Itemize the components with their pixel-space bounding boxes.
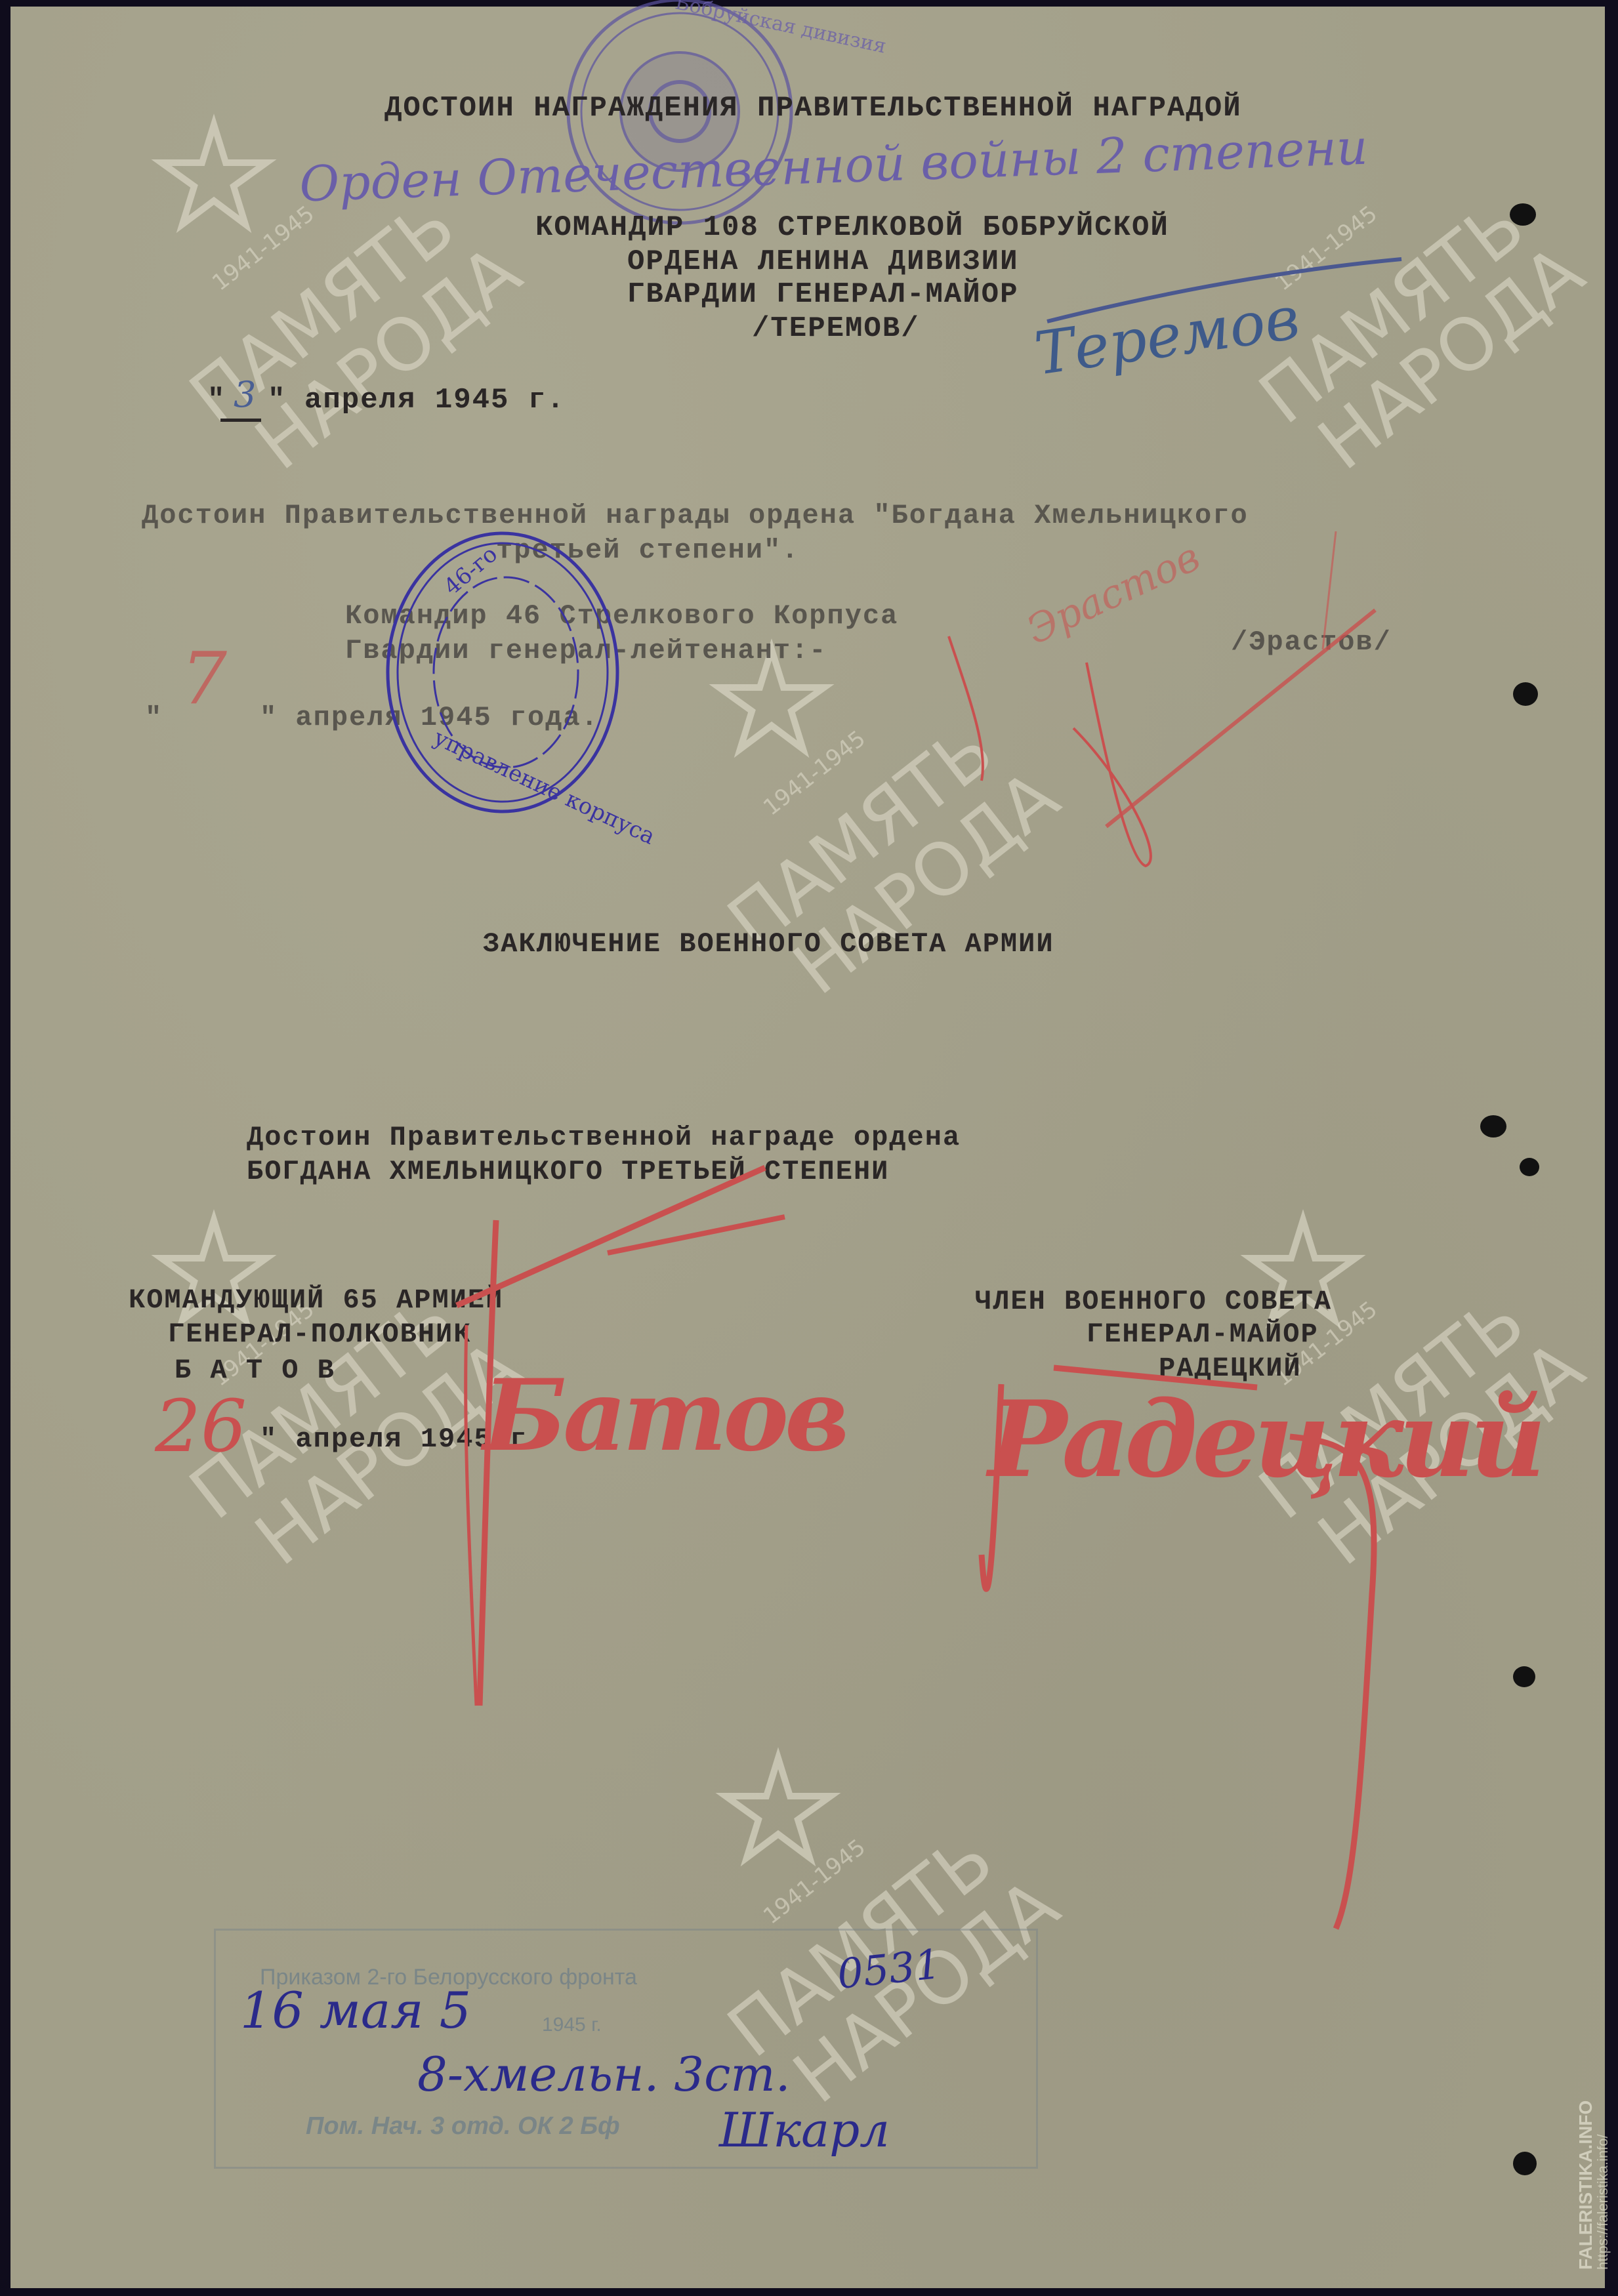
council-left-title1: КОМАНДУЮЩИЙ 65 АРМИЕЙ [129, 1284, 503, 1316]
header-date-day: 3 [234, 374, 256, 415]
punch-hole [1510, 203, 1536, 226]
corps-date-open: " [145, 702, 163, 733]
order-stamp-line3: Пом. Нач. 3 отд. ОК 2 Бф [306, 2112, 620, 2141]
side-url-text: https://faleristika.info/ [1594, 2134, 1611, 2270]
council-title: ЗАКЛЮЧЕНИЕ ВОЕННОГО СОВЕТА АРМИИ [483, 928, 1054, 960]
header-commander-line3: ГВАРДИИ ГЕНЕРАЛ-МАЙОР [627, 278, 1019, 311]
order-stamp-line2: 1945 г. [542, 2014, 602, 2036]
star-icon [726, 1758, 831, 1863]
header-date-open: " [207, 384, 226, 417]
corps-date-day: 7 [181, 636, 227, 720]
council-left-name: Б А Т О В [175, 1355, 335, 1386]
header-commander-name: /ТЕРЕМОВ/ [752, 312, 920, 345]
header-date-rest: апреля 1945 г. [304, 384, 566, 417]
star-icon [161, 125, 266, 230]
council-right-title1: ЧЛЕН ВОЕННОГО СОВЕТА [975, 1286, 1332, 1317]
council-right-title2: ГЕНЕРАЛ-МАЙОР [1087, 1319, 1319, 1350]
council-left-title2: ГЕНЕРАЛ-ПОЛКОВНИК [168, 1319, 471, 1350]
punch-hole [1513, 2152, 1537, 2175]
order-date: 16 мая 5 [240, 1981, 471, 2040]
signature-stroke [1047, 256, 1441, 348]
corps-line1: Достоин Правительственной награды ордена… [142, 500, 1249, 531]
radetsky-signature: Радецкий [988, 1378, 1541, 1501]
council-decision-line1: Достоин Правительственной награде ордена [247, 1122, 961, 1153]
punch-hole [1480, 1115, 1506, 1138]
batov-signature: Батов [483, 1358, 846, 1473]
punch-hole [1520, 1158, 1539, 1176]
council-left-date-day: 26 [155, 1384, 247, 1468]
header-commander-line1: КОМАНДИР 108 СТРЕЛКОВОЙ БОБРУЙСКОЙ [535, 211, 1169, 244]
handwritten-award: Орден Отечественной войны 2 степени [299, 119, 1369, 213]
header-date-close: " [268, 384, 286, 417]
side-brand-name: FALERISTIKA.INFO [1575, 2101, 1596, 2270]
side-url: https://faleristika.info/ [1594, 2134, 1611, 2270]
side-brand: FALERISTIKA.INFO [1575, 2101, 1596, 2270]
header-line1: ДОСТОИН НАГРАЖДЕНИЯ ПРАВИТЕЛЬСТВЕННОЙ НА… [384, 92, 1242, 125]
punch-hole [1513, 1666, 1535, 1687]
order-award-note: 8-хмельн. 3ст. [417, 2047, 791, 2102]
header-commander-line2: ОРДЕНА ЛЕНИНА ДИВИЗИИ [627, 245, 1019, 278]
corps-red-signature [929, 531, 1454, 925]
order-signature: Шкарл [719, 2102, 890, 2158]
document-page: 1941-1945 ПАМЯТЬ НАРОДА 1941-1945 ПАМЯТЬ… [10, 7, 1605, 2288]
punch-hole [1513, 682, 1538, 706]
date-underline [220, 419, 261, 422]
